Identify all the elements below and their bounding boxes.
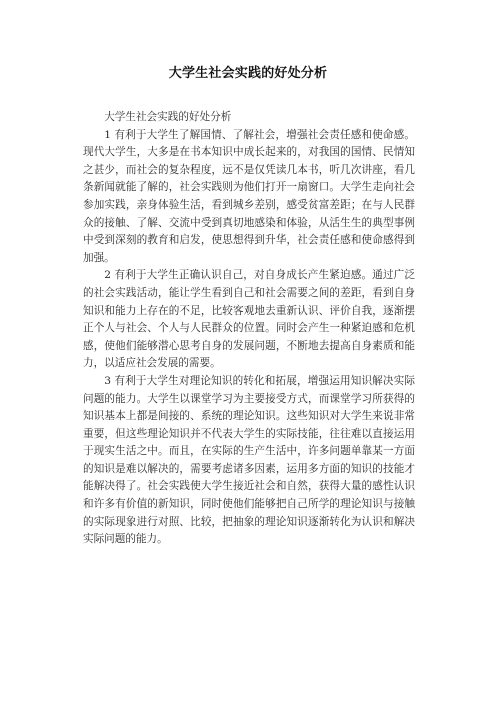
paragraph-point-1: 1 有利于大学生了解国情、了解社会，增强社会责任感和使命感。现代大学生，大多是在… — [83, 127, 415, 268]
paragraph-point-2: 2 有利于大学生正确认识自己，对自身成长产生紧迫感。通过广泛的社会实践活动，能让… — [83, 267, 415, 373]
document-title: 大学生社会实践的好处分析 — [0, 62, 496, 81]
paragraph-subtitle: 大学生社会实践的好处分析 — [83, 109, 415, 127]
paragraph-point-3: 3 有利于大学生对理论知识的转化和拓展，增强运用知识解决实际问题的能力。大学生以… — [83, 373, 415, 549]
document-body: 大学生社会实践的好处分析 1 有利于大学生了解国情、了解社会，增强社会责任感和使… — [83, 109, 415, 549]
document-page: 大学生社会实践的好处分析 大学生社会实践的好处分析 1 有利于大学生了解国情、了… — [0, 0, 496, 702]
